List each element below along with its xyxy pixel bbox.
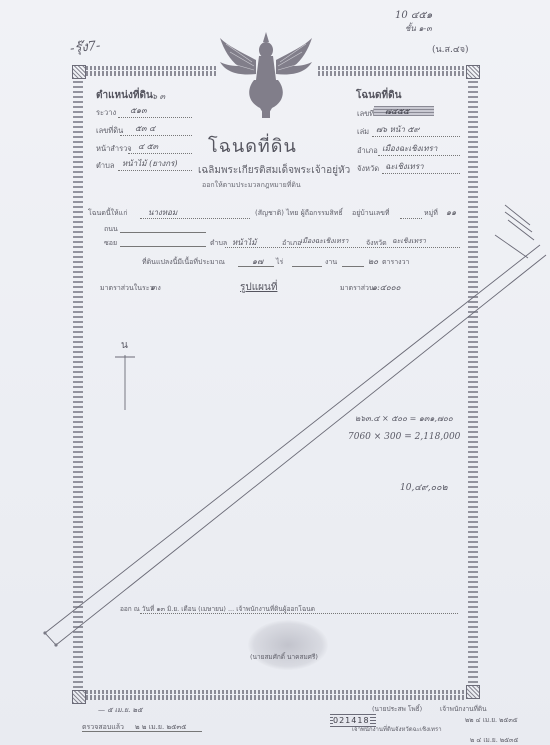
- calculation-line-3: 10,๔๙,๐๐๒: [400, 480, 448, 494]
- right-date-1: ๒๒ ๔ เม.ย. ๒๕๓๕: [465, 715, 518, 725]
- issue-underline: [140, 613, 458, 614]
- right-signatory-title: เจ้าพนักงานที่ดิน: [440, 704, 487, 714]
- right-date-2: ๒ ๔ เม.ย. ๒๕๓๕: [470, 735, 518, 745]
- north-arrow-letter: น: [121, 338, 128, 353]
- right-signatory: (นายประสพ โพธิ์): [372, 704, 422, 714]
- scanned-page: -รุ๊ง7- 10 ๔๕๑ ชั้น ๑-๓ (น.ส.๔จ) โฉนดที่…: [0, 0, 550, 745]
- right-office: เจ้าพนักงานที่ดินจังหวัดฉะเชิงเทรา: [352, 724, 442, 734]
- footer-left-note: — ๕ เม.ย. ๒๕: [98, 705, 142, 716]
- seal-signatory: (นายสมศักดิ์ นาคสมศรี): [250, 652, 318, 662]
- official-seal: [248, 620, 328, 670]
- calculation-line-2: 7060 × 300 = 2,118,000: [348, 432, 460, 442]
- calculation-line-1: ๒๖๓.๔ × ๕๐๐ = ๑๓๑,๗๐๐: [355, 412, 453, 425]
- check-stamp-underline: [82, 731, 202, 732]
